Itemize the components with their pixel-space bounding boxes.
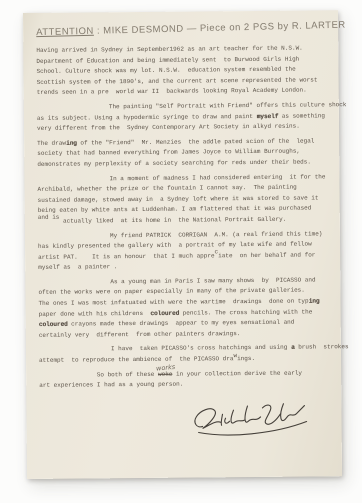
typed-text: of the "Friend" Mr. Menzies the addle pa… <box>77 137 315 146</box>
typed-text: actually liked at its home in the Nation… <box>59 216 286 225</box>
letter-line: very different from the Sydney Contempor… <box>37 122 326 135</box>
typed-text: certainly very different from other pain… <box>39 330 241 339</box>
typed-text: ing <box>66 139 77 146</box>
typed-text: sustained damage, stowed away in a Sydne… <box>38 194 319 203</box>
typed-text: coloured <box>150 309 179 316</box>
typed-text: attempt to reproduce the ambience of the… <box>39 355 233 364</box>
paragraph: As a young man in Paris I saw many shows… <box>38 275 328 341</box>
inserted-text: w <box>233 352 237 359</box>
typed-text: has kindly presented the gallery with a … <box>38 241 312 250</box>
signature <box>39 397 328 451</box>
letter-line: and is actually liked at its home in the… <box>38 214 327 227</box>
typed-text: as its subject. Using a hypodermic syrin… <box>37 113 257 122</box>
typed-text: iate on her behalf and for <box>218 251 315 259</box>
typed-text: Having arrived in Sydney in September196… <box>36 45 303 54</box>
letter-line: certainly very different from other pain… <box>39 328 328 341</box>
signature-scribble <box>188 397 314 444</box>
typed-text: very different from the Sydney Contempor… <box>37 123 300 132</box>
typed-text: The draw <box>37 139 66 146</box>
typed-text: art experiences I had as a young person. <box>39 381 183 389</box>
paragraph: My friend PATRICK CORRIGAN A.M. (a real … <box>38 229 327 274</box>
typed-text: myself <box>257 112 279 119</box>
paragraph: Having arrived in Sydney in September196… <box>36 43 325 98</box>
letter-line: myself as a painter . <box>38 261 327 274</box>
typed-text: myself as a painter . <box>38 263 117 271</box>
typed-text: in your collection derive the early <box>172 369 302 377</box>
paragraph: I have taken PICASSO's cross hatchings a… <box>39 343 328 367</box>
handwritten-annotation: ATTENTION : MIKE DESMOND — Piece on 2 PG… <box>36 20 325 38</box>
letter-body: Having arrived in Sydney in September196… <box>36 43 328 391</box>
typed-text: So both of these <box>39 370 158 378</box>
typed-text: ing <box>309 297 320 304</box>
typed-text: trends seen in a pre world war II backwa… <box>37 87 307 96</box>
typed-text: often the works were on paper especially… <box>38 287 305 296</box>
typed-text: pencils. The cross hatching with the <box>179 308 312 316</box>
typed-text: In a moment of madness I had considered … <box>37 173 325 183</box>
letter-line: art experiences I had as a young person. <box>39 379 328 392</box>
paragraph: In a moment of madness I had considered … <box>37 172 326 227</box>
inserted-text: c <box>215 248 219 255</box>
typed-text: The ones I was most infatuated with were… <box>39 298 309 307</box>
typed-text: Department of Education and being immedi… <box>36 55 299 64</box>
typed-text: as something <box>278 112 325 119</box>
scan-background: { "colors": { "paper": "#ece7da", "ink":… <box>0 0 362 503</box>
typed-text: Scottish system of the 1890's, and the c… <box>37 76 318 85</box>
letter-page: ATTENTION : MIKE DESMOND — Piece on 2 PG… <box>23 10 342 479</box>
typed-text: My friend PATRICK CORRIGAN A.M. (a real … <box>38 230 323 239</box>
typed-text: coloured <box>39 321 68 328</box>
handwritten-correction: works <box>155 362 175 374</box>
annotation-attention: ATTENTION <box>36 26 94 38</box>
letter-line: demonstrates my perplexity of a society … <box>37 157 326 170</box>
typed-text: paper done with his childrens <box>39 310 151 318</box>
typed-text: artist PAT. It is an honour that I much … <box>38 252 214 261</box>
letter-line: attempt to reproduce the ambience of the… <box>39 353 328 366</box>
typed-text: crayons made these drawings appear to my… <box>68 319 295 328</box>
typed-text: brush strokes <box>295 344 349 351</box>
typed-text: society that had banned everything from … <box>37 148 300 157</box>
struck-word: wokeworks <box>158 370 172 377</box>
paragraph: So both of these wokeworks in your colle… <box>39 368 328 392</box>
typed-text: School. Culture shock was my lot. N.S.W.… <box>36 66 295 75</box>
paragraph: The drawing of the "Friend" Mr. Menzies … <box>37 136 326 170</box>
paragraph: The painting "Self Portrait with Friend"… <box>37 100 326 134</box>
annotation-text: : MIKE DESMOND — Piece on 2 PGS by R. LA… <box>94 20 346 37</box>
typed-text: being eaten by white ants at Luddenham. … <box>38 205 312 214</box>
inserted-text: and is <box>38 214 60 221</box>
typed-text: The painting "Self Portrait with Friend"… <box>37 101 347 111</box>
typed-text: Archibald, whether the prize or the foun… <box>38 184 297 193</box>
typed-text: As a young man in Paris I saw many shows… <box>38 276 315 285</box>
typed-text: demonstrates my perplexity of a society … <box>37 158 311 167</box>
typed-text: I have taken PICASSO's cross hatchings a… <box>39 344 291 353</box>
letter-line: trends seen in a pre world war II backwa… <box>37 86 326 99</box>
typed-text: ings. <box>237 355 255 362</box>
